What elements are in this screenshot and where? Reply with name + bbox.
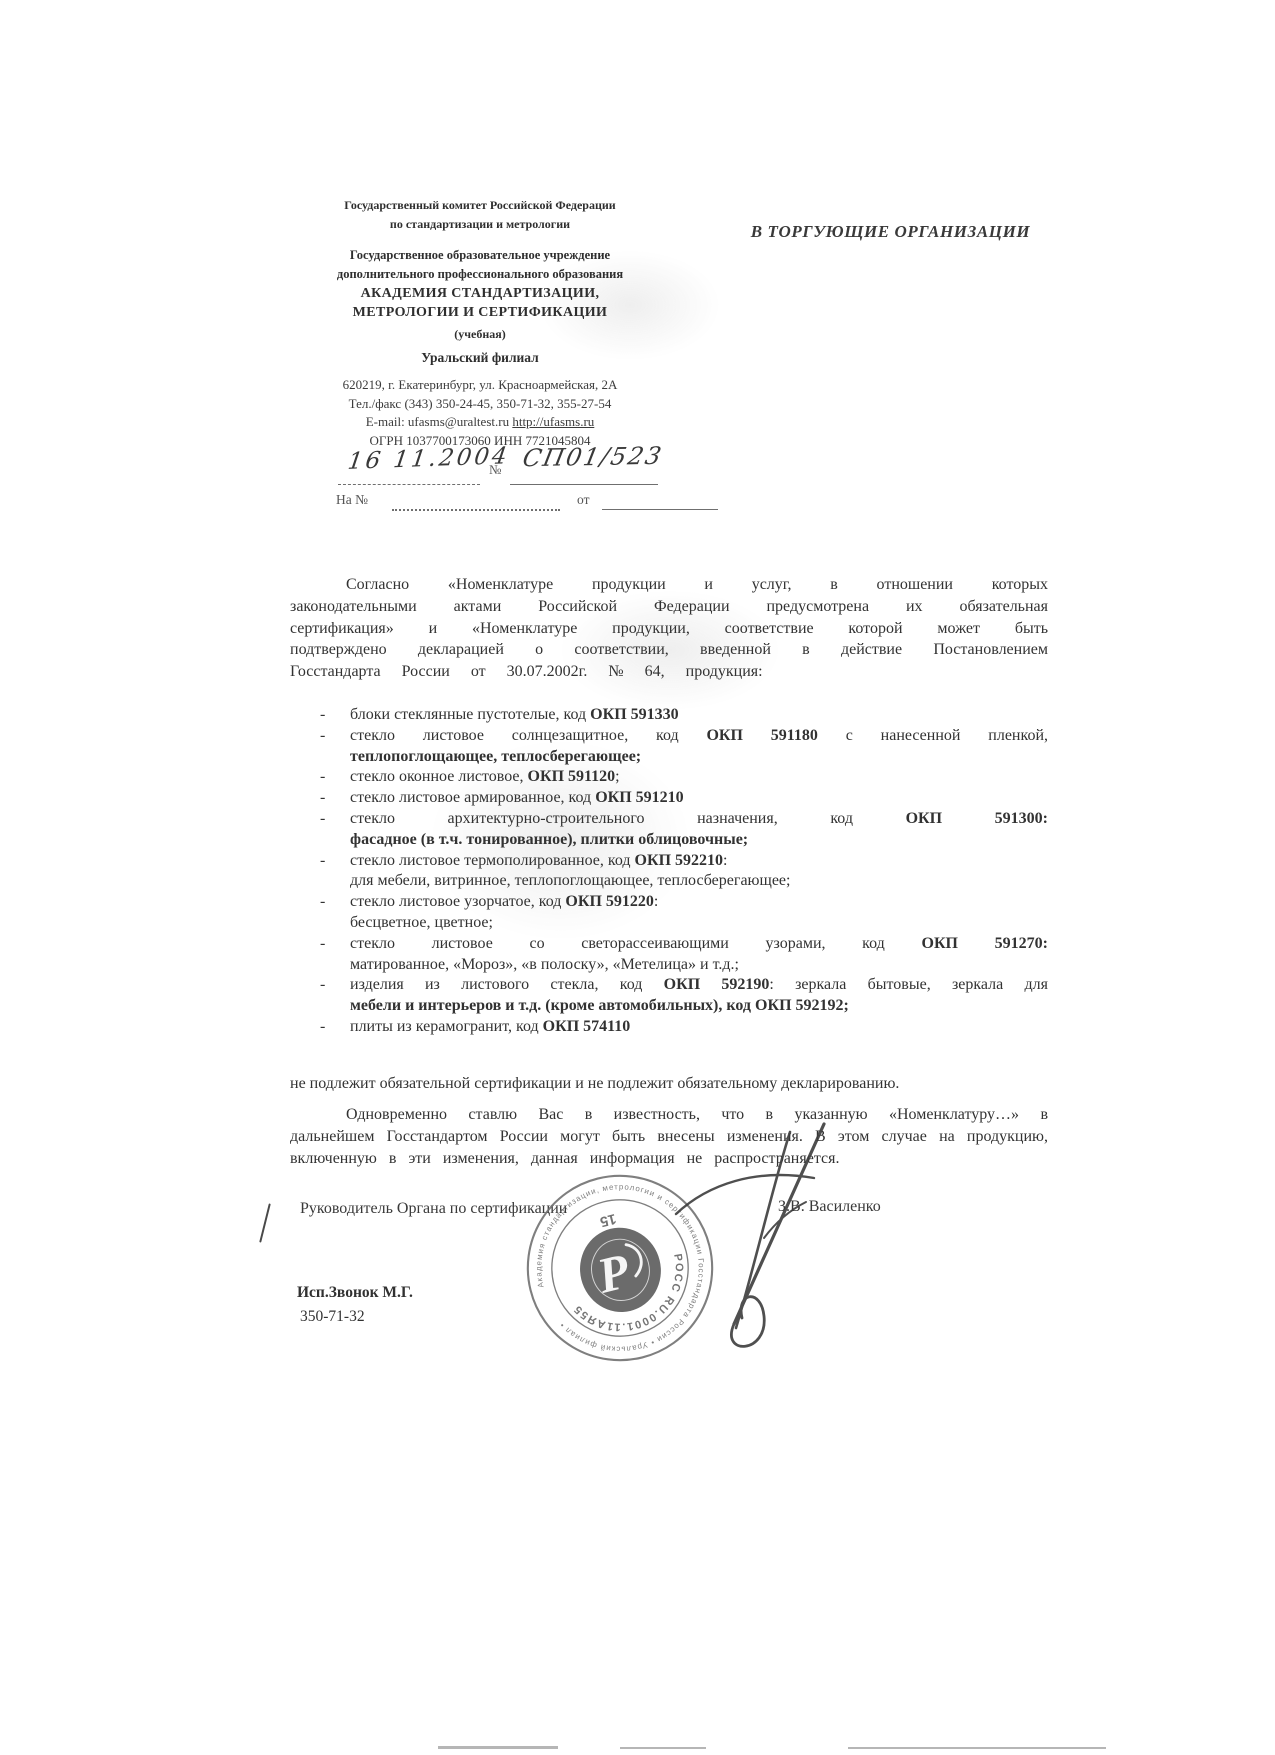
scan-artifact bbox=[620, 1747, 706, 1749]
list-item: -блоки стеклянные пустотелые, код ОКП 59… bbox=[290, 705, 1048, 726]
list-item-line: фасадное (в т.ч. тонированное), плитки о… bbox=[350, 830, 1048, 851]
org-line1: Государственное образовательное учрежден… bbox=[280, 246, 680, 265]
contacts-block: 620219, г. Екатеринбург, ул. Красноармей… bbox=[280, 376, 680, 450]
list-item-line: стекло листовое узорчатое, код ОКП 59122… bbox=[350, 892, 1048, 913]
scanned-letter-page: Государственный комитет Российской Федер… bbox=[0, 0, 1275, 1755]
list-item-line: изделия из листового стекла, код ОКП 592… bbox=[350, 975, 1048, 996]
academy-name: АКАДЕМИЯ СТАНДАРТИЗАЦИИ, МЕТРОЛОГИИ И СЕ… bbox=[280, 284, 680, 322]
list-item-line: теплопоглощающее, теплосберегающее; bbox=[350, 747, 1048, 768]
list-item-dash: - bbox=[320, 767, 350, 788]
ref-number-underline bbox=[510, 466, 658, 485]
list-item-dash: - bbox=[320, 934, 350, 976]
list-item: -стекло листовое солнцезащитное, код ОКП… bbox=[290, 726, 1048, 768]
list-item-line: стекло оконное листовое, ОКП 591120; bbox=[350, 767, 1048, 788]
list-item-line: плиты из керамогранит, код ОКП 574110 bbox=[350, 1017, 1048, 1038]
number-sign-label: № bbox=[489, 462, 501, 478]
list-item-line: стекло листовое термополированное, код О… bbox=[350, 851, 1048, 872]
org-name: Государственное образовательное учрежден… bbox=[280, 246, 680, 284]
list-item-dash: - bbox=[320, 1017, 350, 1038]
reply-from-label: от bbox=[577, 492, 589, 508]
list-item: -стекло архитектурно-строительного назна… bbox=[290, 809, 1048, 851]
product-list: -блоки стеклянные пустотелые, код ОКП 59… bbox=[290, 705, 1048, 1038]
reply-date-blank bbox=[602, 492, 718, 510]
website-link: http://ufasms.ru bbox=[512, 414, 594, 429]
handwritten-tick bbox=[259, 1203, 271, 1242]
executor-phone: 350-71-32 bbox=[300, 1308, 365, 1326]
list-item-line: матированное, «Мороз», «в полоску», «Мет… bbox=[350, 955, 1048, 976]
email-line: E-mail: ufasms@uraltest.ru http://ufasms… bbox=[280, 413, 680, 432]
reply-number-blank bbox=[392, 492, 560, 511]
stamp-top-number: 15 bbox=[598, 1210, 617, 1229]
list-item-line: стекло архитектурно-строительного назнач… bbox=[350, 809, 1048, 830]
email-text: E-mail: ufasms@uraltest.ru bbox=[366, 414, 513, 429]
date-underline bbox=[338, 466, 480, 485]
list-item-dash: - bbox=[320, 809, 350, 851]
list-item: -стекло листовое армированное, код ОКП 5… bbox=[290, 788, 1048, 809]
handwritten-signature bbox=[672, 1118, 852, 1358]
scan-artifact bbox=[438, 1746, 558, 1749]
academy-line2: МЕТРОЛОГИИ И СЕРТИФИКАЦИИ bbox=[280, 303, 680, 322]
list-item-dash: - bbox=[320, 726, 350, 768]
list-item-line: бесцветное, цветное; bbox=[350, 913, 1048, 934]
academy-line1: АКАДЕМИЯ СТАНДАРТИЗАЦИИ, bbox=[280, 284, 680, 303]
paragraph-conclusion: не подлежит обязательной сертификации и … bbox=[290, 1073, 1048, 1095]
branch-name: Уральский филиал bbox=[280, 348, 680, 367]
scan-layer: Государственный комитет Российской Федер… bbox=[0, 0, 1275, 1755]
scan-artifact bbox=[848, 1747, 1106, 1749]
recipient-heading: В ТОРГУЮЩИЕ ОРГАНИЗАЦИИ bbox=[718, 222, 1063, 242]
org-line2: дополнительного профессионального образо… bbox=[280, 265, 680, 284]
letterhead: Государственный комитет Российской Федер… bbox=[280, 196, 680, 450]
list-item-line: стекло листовое со светорассеивающими уз… bbox=[350, 934, 1048, 955]
committee-line1: Государственный комитет Российской Федер… bbox=[280, 196, 680, 215]
list-item: -стекло оконное листовое, ОКП 591120; bbox=[290, 767, 1048, 788]
address-line: 620219, г. Екатеринбург, ул. Красноармей… bbox=[280, 376, 680, 395]
phone-line: Тел./факс (343) 350-24-45, 350-71-32, 35… bbox=[280, 395, 680, 414]
list-item-line: блоки стеклянные пустотелые, код ОКП 591… bbox=[350, 705, 1048, 726]
list-item: -плиты из керамогранит, код ОКП 574110 bbox=[290, 1017, 1048, 1038]
list-item-dash: - bbox=[320, 705, 350, 726]
academy-note: (учебная) bbox=[280, 325, 680, 344]
reply-to-number-label: На № bbox=[336, 492, 368, 508]
executor-name: Исп.Звонок М.Г. bbox=[297, 1284, 413, 1302]
list-item-line: стекло листовое армированное, код ОКП 59… bbox=[350, 788, 1048, 809]
list-item-dash: - bbox=[320, 851, 350, 893]
list-item-dash: - bbox=[320, 975, 350, 1017]
list-item: -изделия из листового стекла, код ОКП 59… bbox=[290, 975, 1048, 1017]
list-item-line: для мебели, витринное, теплопоглощающее,… bbox=[350, 871, 1048, 892]
list-item: -стекло листовое узорчатое, код ОКП 5912… bbox=[290, 892, 1048, 934]
committee-line2: по стандартизации и метрологии bbox=[280, 215, 680, 234]
committee-name: Государственный комитет Российской Федер… bbox=[280, 196, 680, 234]
list-item-dash: - bbox=[320, 788, 350, 809]
list-item-line: мебели и интерьеров и т.д. (кроме автомо… bbox=[350, 996, 1048, 1017]
list-item-dash: - bbox=[320, 892, 350, 934]
list-item: -стекло листовое со светорассеивающими у… bbox=[290, 934, 1048, 976]
list-item: -стекло листовое термополированное, код … bbox=[290, 851, 1048, 893]
paragraph-intro: Согласно «Номенклатуре продукции и услуг… bbox=[290, 574, 1048, 683]
signature-strokes bbox=[672, 1118, 852, 1358]
list-item-line: стекло листовое солнцезащитное, код ОКП … bbox=[350, 726, 1048, 747]
